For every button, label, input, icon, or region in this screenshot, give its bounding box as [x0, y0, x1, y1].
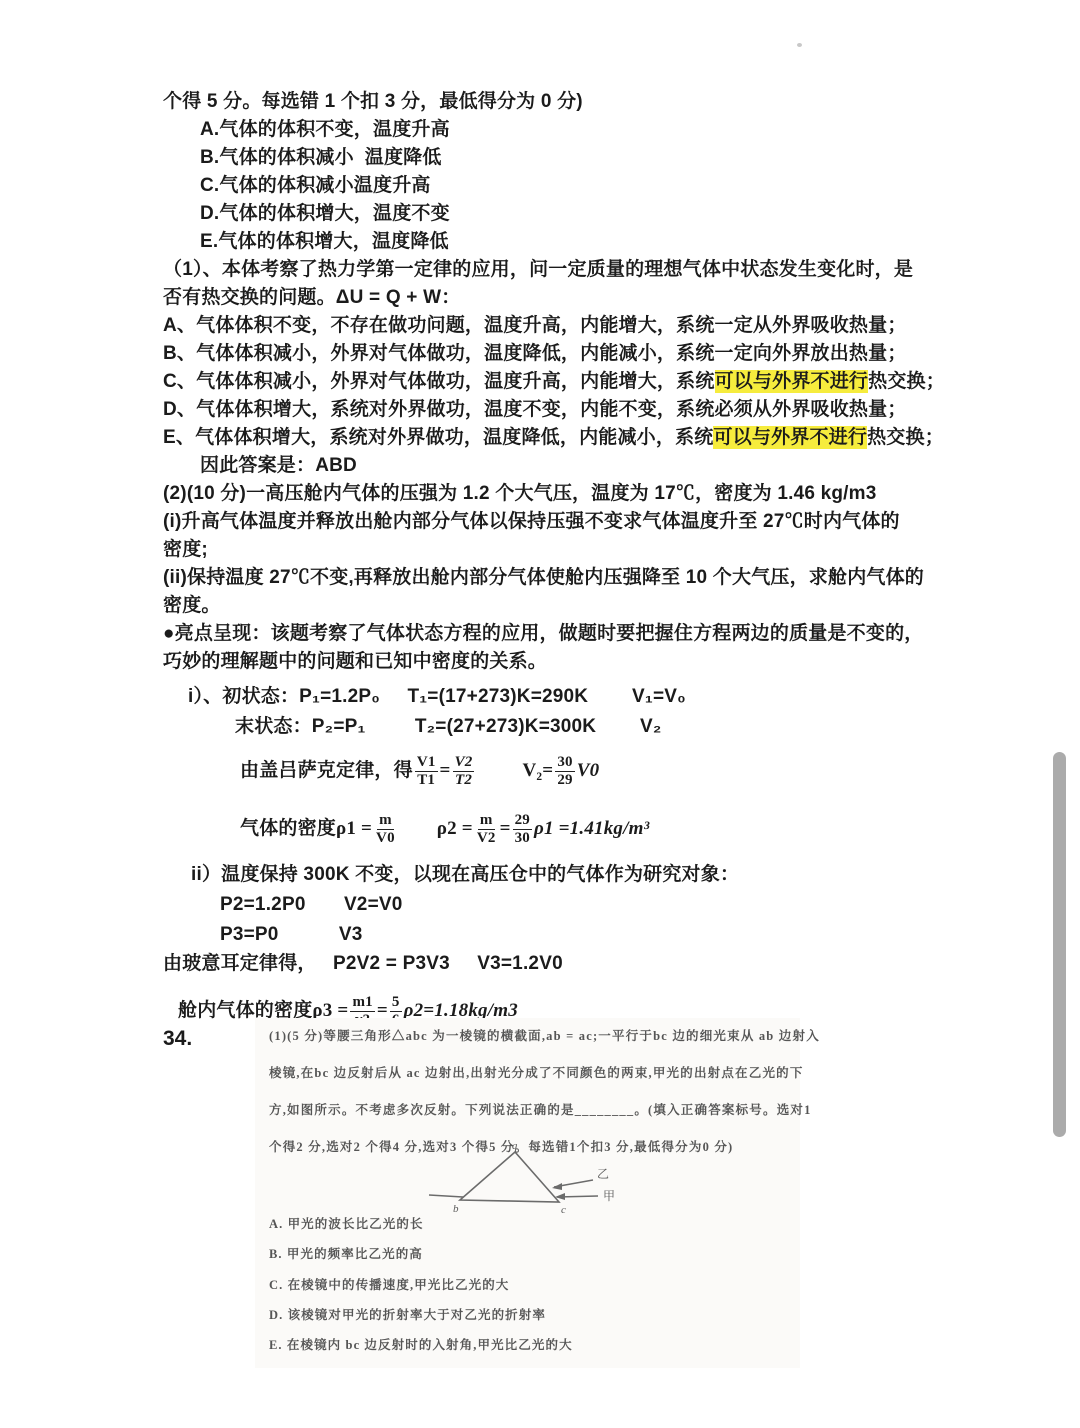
problem2-ii-line1: (ii)保持温度 27℃不变,再释放出舱内部分气体使舱内压强降至 10 个大气压…	[163, 564, 953, 592]
choice-c: C.气体的体积减小温度升高	[163, 172, 953, 200]
prism-diagram: a b c 乙 甲	[423, 1138, 653, 1220]
v2-result: V₂=	[522, 757, 553, 785]
density1-prefix: 气体的密度ρ1 =	[240, 815, 372, 843]
gay-lussac-formula: 由盖吕萨克定律，得V1T1=V2T2V₂=3029V0	[163, 748, 953, 794]
analysis-c-post: 热交换；	[868, 371, 945, 392]
equals-sign: =	[500, 815, 511, 843]
score-rule-line: 个得 5 分。每选错 1 个扣 3 分，最低得分为 0 分)	[163, 88, 953, 116]
q34-option-d: D. 该棱镜对甲光的折射率大于对乙光的折射率	[269, 1305, 789, 1321]
analysis-line-b: B、气体体积减小，外界对气体做功，温度降低，内能减小，系统一定向外界放出热量；	[163, 340, 953, 368]
document-body: 个得 5 分。每选错 1 个扣 3 分，最低得分为 0 分) A.气体的体积不变…	[163, 88, 953, 1034]
document-page: 个得 5 分。每选错 1 个扣 3 分，最低得分为 0 分) A.气体的体积不变…	[0, 0, 1080, 1428]
fraction-v1-t1: V1T1	[415, 754, 438, 788]
density1-result: ρ1 =1.41kg/m³	[534, 815, 649, 843]
fraction-30-29: 3029	[555, 754, 574, 788]
q34-option-c: C. 在棱镜中的传播速度,甲光比乙光的大	[269, 1275, 789, 1291]
analysis-e-post: 热交换；	[867, 427, 944, 448]
final-state-line: 末状态：P₂=P₁ T₂=(27+273)K=300K V₂	[163, 712, 953, 742]
explanation-line-2: 否有热交换的问题。ΔU = Q + W：	[163, 284, 953, 312]
part-ii-intro: ii）温度保持 300K 不变，以现在高压仓中的气体作为研究对象：	[163, 860, 953, 890]
ray-jia-label: 甲	[603, 1189, 615, 1203]
fraction-v2-t2: V2T2	[453, 754, 475, 788]
choice-a: A.气体的体积不变，温度升高	[163, 116, 953, 144]
fraction-29-30: 2930	[513, 812, 532, 846]
problem2-intro: (2)(10 分)一高压舱内气体的压强为 1.2 个大气压，温度为 17℃，密度…	[163, 480, 953, 508]
analysis-a-text: A、气体体积不变，不存在做功问题，温度升高，内能增大，系统一定从外界吸收热量；	[163, 315, 907, 336]
density2-label: ρ2 =	[437, 815, 473, 843]
gay-lussac-prefix: 由盖吕萨克定律，得	[240, 757, 413, 785]
choice-b: B.气体的体积减小 温度降低	[163, 144, 953, 172]
problem2-i-line1: (i)升高气体温度并释放出舱内部分气体以保持压强不变求气体温度升至 27℃时内气…	[163, 508, 953, 536]
answer-line: 因此答案是：ABD	[163, 452, 953, 480]
analysis-line-d: D、气体体积增大，系统对外界做功，温度不变，内能不变，系统必须从外界吸收热量；	[163, 396, 953, 424]
q34-option-e: E. 在棱镜内 bc 边反射时的入射角,甲光比乙光的大	[269, 1335, 789, 1351]
fraction-m-v2: mV2	[475, 812, 498, 846]
explanation-line-1: （1）、本体考察了热力学第一定律的应用，问一定质量的理想气体中状态发生变化时，是	[163, 256, 953, 284]
choice-e: E.气体的体积增大，温度降低	[163, 228, 953, 256]
incident-ray	[429, 1195, 463, 1197]
analysis-e-pre: E、气体体积增大，系统对外界做功，温度降低，内能减小，系统	[163, 427, 713, 448]
question-34-image: (1)(5 分)等腰三角形△abc 为一棱镜的横截面,ab = ac;一平行于b…	[255, 1018, 800, 1368]
ray-yi-label: 乙	[597, 1167, 609, 1181]
problem2-ii-line2: 密度。	[163, 592, 953, 620]
part-ii-state2: P3=P0 V3	[163, 920, 953, 950]
density-formula-1: 气体的密度ρ1 =mV0ρ2 =mV2=2930ρ1 =1.41kg/m³	[163, 806, 953, 852]
analysis-c-pre: C、气体体积减小，外界对气体做功，温度升高，内能增大，系统	[163, 371, 715, 392]
scan-speck	[797, 43, 802, 47]
vertex-a-label: a	[512, 1140, 518, 1152]
arrowhead-upper	[552, 1183, 562, 1190]
scrollbar-thumb[interactable]	[1053, 752, 1066, 1137]
analysis-line-e: E、气体体积增大，系统对外界做功，温度降低，内能减小，系统可以与外界不进行热交换…	[163, 424, 953, 452]
part-ii-state1: P2=1.2P0 V2=V0	[163, 890, 953, 920]
prism-triangle	[460, 1152, 559, 1202]
boyle-law-line: 由玻意耳定律得， P2V2 = P3V3 V3=1.2V0	[163, 950, 953, 978]
q34-para-line-1: (1)(5 分)等腰三角形△abc 为一棱镜的横截面,ab = ac;一平行于b…	[269, 1026, 789, 1042]
analysis-line-c: C、气体体积减小，外界对气体做功，温度升高，内能增大，系统可以与外界不进行热交换…	[163, 368, 953, 396]
analysis-c-highlight: 可以与外界不进行	[715, 370, 869, 393]
choice-d: D.气体的体积增大，温度不变	[163, 200, 953, 228]
analysis-d-text: D、气体体积增大，系统对外界做功，温度不变，内能不变，系统必须从外界吸收热量；	[163, 399, 907, 420]
initial-state-line: i）、初状态：P₁=1.2P₀ T₁=(17+273)K=290K V₁=V₀	[163, 682, 953, 712]
q34-option-a: A. 甲光的波长比乙光的长	[269, 1214, 789, 1230]
q34-para-line-3: 方,如图所示。不考虑多次反射。下列说法正确的是________。(填入正确答案标…	[269, 1100, 789, 1116]
analysis-line-a: A、气体体积不变，不存在做功问题，温度升高，内能增大，系统一定从外界吸收热量；	[163, 312, 953, 340]
equals-sign: =	[440, 757, 451, 785]
problem2-i-line2: 密度;	[163, 536, 953, 564]
note-line-2: 巧妙的理解题中的问题和已知中密度的关系。	[163, 648, 953, 676]
q34-option-b: B. 甲光的频率比乙光的高	[269, 1244, 789, 1260]
analysis-b-text: B、气体体积减小，外界对气体做功，温度降低，内能减小，系统一定向外界放出热量；	[163, 343, 907, 364]
analysis-e-highlight: 可以与外界不进行	[713, 426, 867, 449]
note-line-1: ●亮点呈现：该题考察了气体状态方程的应用，做题时要把握住方程两边的质量是不变的，	[163, 620, 953, 648]
question-34-number: 34.	[163, 1027, 192, 1051]
fraction-m-v0: mV0	[374, 812, 397, 846]
v0-symbol: V0	[577, 757, 600, 785]
q34-para-line-2: 棱镜,在bc 边反射后从 ac 边射出,出射光分成了不同颜色的两束,甲光的出射点…	[269, 1063, 789, 1079]
